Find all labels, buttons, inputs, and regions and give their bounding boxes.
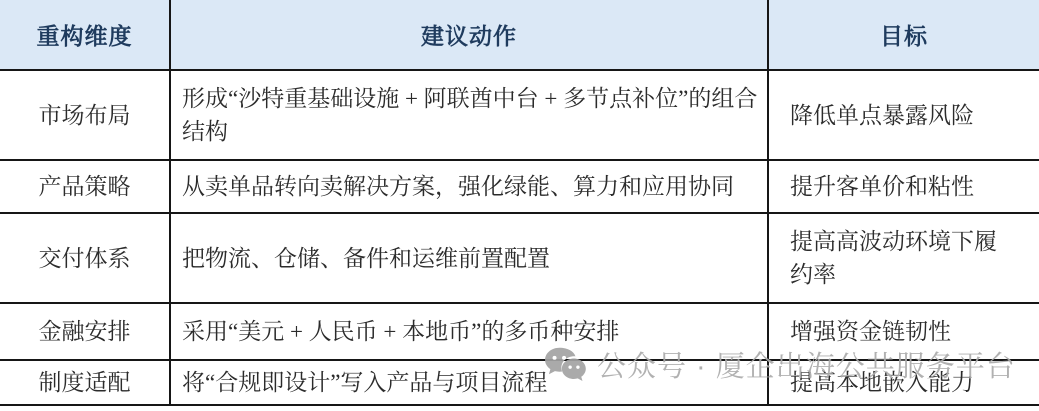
cell-goal: 降低单点暴露风险: [768, 70, 1039, 160]
cell-dimension: 制度适配: [0, 360, 170, 405]
header-dimension: 重构维度: [0, 0, 170, 70]
table-row: 金融安排 采用“美元 + 人民币 + 本地币”的多币种安排 增强资金链韧性: [0, 303, 1039, 360]
header-action: 建议动作: [170, 0, 768, 70]
cell-action: 采用“美元 + 人民币 + 本地币”的多币种安排: [170, 303, 768, 360]
cell-action: 将“合规即设计”写入产品与项目流程: [170, 360, 768, 405]
cell-goal: 提高高波动环境下履约率: [768, 213, 1039, 303]
cell-action: 把物流、仓储、备件和运维前置配置: [170, 213, 768, 303]
cell-goal: 提高本地嵌入能力: [768, 360, 1039, 405]
table-row: 交付体系 把物流、仓储、备件和运维前置配置 提高高波动环境下履约率: [0, 213, 1039, 303]
table-header-row: 重构维度 建议动作 目标: [0, 0, 1039, 70]
table-row: 产品策略 从卖单品转向卖解决方案，强化绿能、算力和应用协同 提升客单价和粘性: [0, 160, 1039, 213]
cell-dimension: 金融安排: [0, 303, 170, 360]
header-goal: 目标: [768, 0, 1039, 70]
cell-dimension: 产品策略: [0, 160, 170, 213]
table-row: 市场布局 形成“沙特重基础设施 + 阿联酋中台 + 多节点补位”的组合结构 降低…: [0, 70, 1039, 160]
cell-action: 形成“沙特重基础设施 + 阿联酋中台 + 多节点补位”的组合结构: [170, 70, 768, 160]
cell-goal: 提升客单价和粘性: [768, 160, 1039, 213]
cell-dimension: 市场布局: [0, 70, 170, 160]
strategy-table: 重构维度 建议动作 目标 市场布局 形成“沙特重基础设施 + 阿联酋中台 + 多…: [0, 0, 1039, 406]
cell-action: 从卖单品转向卖解决方案，强化绿能、算力和应用协同: [170, 160, 768, 213]
table-row: 制度适配 将“合规即设计”写入产品与项目流程 提高本地嵌入能力: [0, 360, 1039, 405]
cell-dimension: 交付体系: [0, 213, 170, 303]
cell-goal: 增强资金链韧性: [768, 303, 1039, 360]
